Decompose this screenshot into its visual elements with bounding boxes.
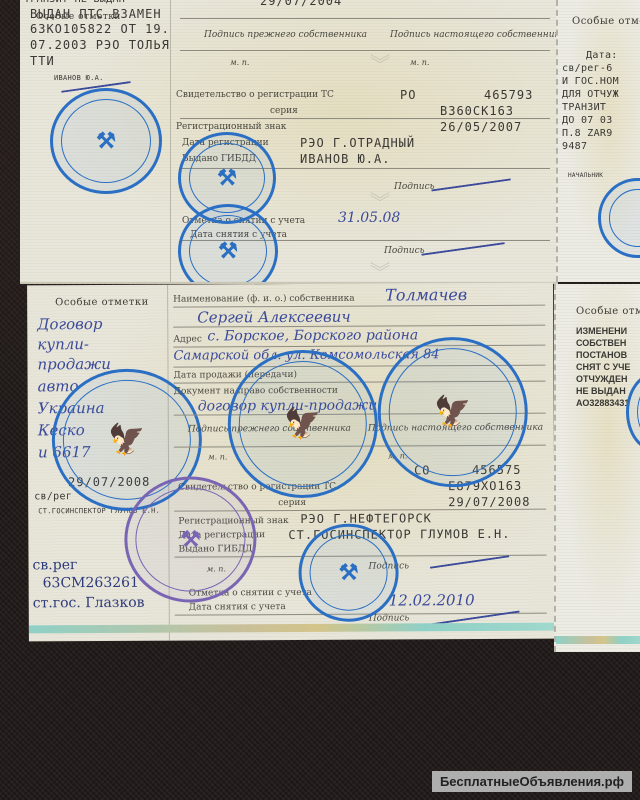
police-stamp: ⚒ [50, 88, 162, 194]
special-marks-line: 9487 [562, 141, 587, 152]
special-marks-line: АО32883431 [576, 398, 629, 408]
security-band [29, 623, 555, 634]
prev-owner-signature-label: Подпись прежнего собственника [204, 30, 367, 40]
address-label: Адрес [173, 334, 202, 344]
reg-sign-value: В360СК163 [440, 104, 514, 118]
special-marks-line: ДЛЯ ОТЧУЖ [562, 89, 619, 100]
ukraine-stamp: 🦅 [227, 350, 378, 499]
certificate-number: 465793 [484, 88, 533, 102]
eagle-emblem-icon: 🦅 [108, 422, 146, 457]
reg-sign-label: Регистрационный знак [176, 122, 286, 132]
column-divider [170, 0, 171, 282]
special-marks-line: И ГОС.НОМ [562, 76, 619, 87]
top-right-page: Особые отметки Дата: св/рег-6 И ГОС.НОМ … [556, 0, 640, 282]
special-marks-line: ДО 07 03 [562, 115, 613, 126]
eagle-emblem-icon: 🦅 [434, 395, 472, 430]
special-marks-line: 63КО105822 ОТ 19. [30, 22, 170, 36]
rule [180, 50, 550, 51]
site-watermark: БесплатныеОбъявления.рф [432, 771, 632, 792]
certificate-series: РО [400, 88, 416, 102]
special-marks-line: ПОСТАНОВ [576, 350, 627, 360]
police-stamp [598, 178, 640, 258]
handwritten-note: купли- [37, 335, 89, 353]
rule [180, 118, 550, 119]
special-marks-line: СНЯТ С УЧЕ [576, 362, 630, 372]
special-marks-line: СОБСТВЕН [576, 338, 626, 348]
handwritten-note: Договор [37, 315, 102, 333]
bottom-page: Особые отметки Договор купли- продажи ав… [27, 283, 555, 642]
rule [173, 305, 545, 308]
special-marks-header: Особые отметки [55, 297, 149, 308]
emblem-icon: ⚒ [339, 560, 359, 586]
top-page: ТРАНЗИТ НЕ ВЫДАН ВЫДАН ПТС ВЗАМЕН Особые… [20, 0, 558, 284]
special-marks-line: ОТЧУЖДЕН [576, 374, 627, 384]
special-marks-header: Особые отметки [572, 16, 640, 27]
emblem-icon: ⚒ [180, 526, 200, 552]
signature-label-2: Подпись [384, 246, 425, 256]
handwritten-reg-note: 63СМ263261 [43, 575, 139, 592]
inspector-value: ИВАНОВ Ю.А. [300, 152, 390, 166]
emblem-icon: ⚒ [218, 238, 238, 264]
reg-date-value: 26/05/2007 [440, 120, 522, 134]
stamp-caption: НАЧАЛЬНИК [568, 172, 603, 179]
signature-label: Подпись [394, 182, 435, 192]
special-marks-line: 07.2003 РЭО ТОЛЬЯ [30, 38, 170, 52]
issued-by-value: РЭО Г.ОТРАДНЫЙ [300, 136, 415, 150]
owner-surname: Толмачев [385, 285, 467, 304]
special-marks-line: НЕ ВЫДАН [576, 386, 626, 396]
handwritten-note: продажи [37, 355, 111, 373]
special-marks-line: П.8 ZAR9 [562, 128, 613, 139]
emblem-icon: ⚒ [96, 128, 116, 154]
certificate-label: Свидетельство о регистрации ТС [176, 90, 334, 100]
signature [429, 163, 511, 192]
handwritten-reg-note: ст.гос. Глазков [33, 595, 145, 612]
owner-label: Наименование (ф. и. о.) собственника [173, 294, 355, 305]
chevron-watermark-icon: ︾ [370, 256, 390, 284]
chevron-watermark-icon: ︾ [370, 48, 390, 77]
police-stamp [626, 372, 640, 452]
police-stamp: ⚒ [298, 523, 399, 622]
mp-label: м. п. [208, 452, 227, 461]
signature-label-2: Подпись [369, 613, 410, 623]
owner-name: Сергей Алексеевич [197, 308, 351, 327]
date-value: 29/07/2004 [260, 0, 342, 8]
special-marks-line: ТРАНЗИТ НЕ ВЫДАН [24, 0, 125, 5]
signature [428, 539, 510, 568]
handwritten-reg-note: св.рег [32, 557, 77, 573]
special-marks-header: Особые отметки [576, 306, 640, 317]
reg-date-value: 29/07/2008 [448, 495, 530, 509]
eagle-emblem-icon: 🦅 [284, 406, 322, 441]
special-marks-line: ИЗМЕНЕНИ [576, 326, 627, 336]
issued-by-value: РЭО Г.НЕФТЕГОРСК [300, 511, 432, 526]
ukraine-stamp: 🦅 [377, 337, 528, 488]
special-marks-line: ТТИ [30, 54, 55, 68]
series-label: серия [278, 498, 306, 508]
special-marks-line: ТРАНЗИТ [562, 102, 606, 113]
special-marks-line: Дата: [586, 50, 618, 61]
series-label: серия [270, 106, 298, 116]
security-band [556, 636, 640, 644]
emblem-icon: ⚒ [217, 165, 237, 191]
gibdd-stamp: ⚒ [124, 476, 257, 603]
address-line1: с. Борское, Борского района [207, 327, 418, 344]
typed-reg: св/рег [34, 491, 72, 502]
mp-label: м. п. [410, 58, 429, 67]
deregistration-date-value: 31.05.08 [338, 210, 400, 226]
bottom-right-page: Особые отметки ИЗМЕНЕНИ СОБСТВЕН ПОСТАНО… [554, 284, 640, 652]
rule [180, 18, 550, 19]
signature [419, 226, 505, 256]
special-marks-header: Особые отметки [36, 12, 121, 22]
mp-label: м. п. [230, 58, 249, 67]
current-owner-signature-label: Подпись настоящего собственника [390, 30, 558, 40]
deregistration-date-label: Дата снятия с учета [189, 602, 286, 613]
special-marks-line: св/рег-6 [562, 63, 613, 74]
